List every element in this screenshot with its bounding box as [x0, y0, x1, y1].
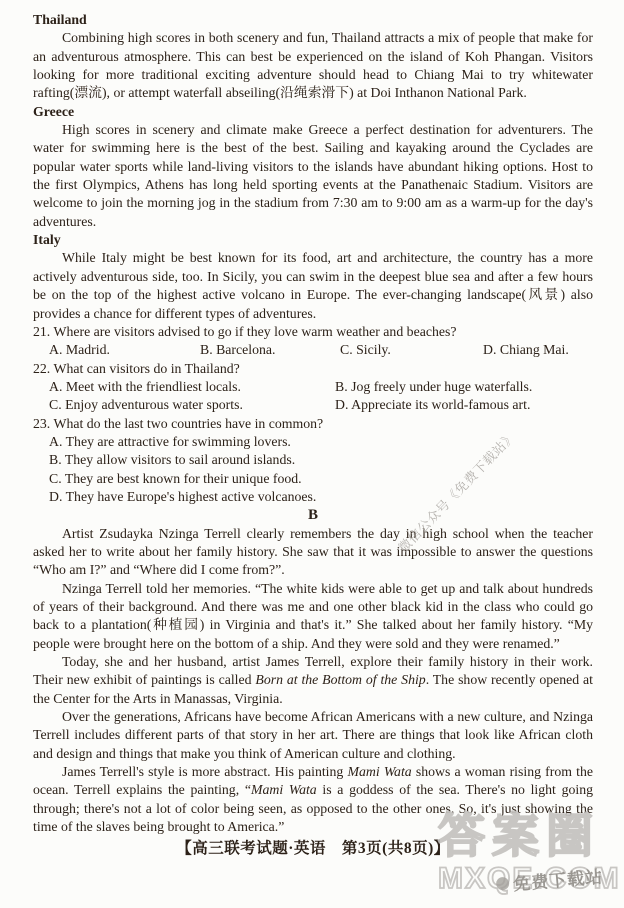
passage-b-paragraph-3: Today, she and her husband, artist James…	[33, 653, 593, 708]
passage-b-label: B	[33, 506, 593, 524]
passage-b-paragraph-1: Artist Zsudayka Nzinga Terrell clearly r…	[33, 525, 593, 580]
paragraph-5-text: James Terrell's style is more abstract. …	[62, 764, 348, 779]
passage-b-paragraph-4: Over the generations, Africans have beco…	[33, 708, 593, 763]
logo-domain-watermark: MXQE.COM	[438, 862, 624, 896]
logo-caption-text: 免费下载站	[512, 862, 604, 895]
question-22-option-d: D. Appreciate its world-famous art.	[335, 396, 593, 414]
question-23: 23. What do the last two countries have …	[33, 415, 593, 507]
question-22-option-a: A. Meet with the friendliest locals.	[49, 378, 335, 396]
exam-page: Thailand Combining high scores in both s…	[0, 0, 624, 908]
question-23-option-b: B. They allow visitors to sail around is…	[49, 451, 593, 469]
question-21-options: A. Madrid. B. Barcelona. C. Sicily. D. C…	[33, 341, 593, 359]
question-21-stem: 21. Where are visitors advised to go if …	[33, 323, 593, 341]
question-23-stem: 23. What do the last two countries have …	[33, 415, 593, 433]
section-text-italy: While Italy might be best known for its …	[33, 249, 593, 322]
section-heading-thailand: Thailand	[33, 11, 593, 29]
exhibit-title-italic: Born at the Bottom of the Ship	[255, 672, 425, 687]
question-22: 22. What can visitors do in Thailand? A.…	[33, 360, 593, 415]
question-21-option-a: A. Madrid.	[49, 341, 200, 359]
question-21-option-b: B. Barcelona.	[200, 341, 340, 359]
question-23-option-c: C. They are best known for their unique …	[49, 470, 593, 488]
passage-b-paragraph-5: James Terrell's style is more abstract. …	[33, 763, 593, 836]
section-thailand: Thailand Combining high scores in both s…	[33, 11, 593, 103]
painting-title-italic: Mami Wata	[347, 764, 411, 779]
section-heading-italy: Italy	[33, 231, 593, 249]
passage-b-paragraph-2: Nzinga Terrell told her memories. “The w…	[33, 580, 593, 653]
question-22-option-b: B. Jog freely under huge waterfalls.	[335, 378, 593, 396]
question-23-options: A. They are attractive for swimming love…	[33, 433, 593, 506]
section-text-thailand: Combining high scores in both scenery an…	[33, 29, 593, 102]
section-heading-greece: Greece	[33, 103, 593, 121]
question-21-option-c: C. Sicily.	[340, 341, 483, 359]
section-greece: Greece High scores in scenery and climat…	[33, 103, 593, 231]
section-italy: Italy While Italy might be best known fo…	[33, 231, 593, 323]
question-22-options: A. Meet with the friendliest locals. B. …	[33, 378, 593, 415]
question-21: 21. Where are visitors advised to go if …	[33, 323, 593, 360]
page-footer: 【高三联考试题·英语 第3页(共8页)】	[33, 840, 593, 858]
question-22-option-c: C. Enjoy adventurous water sports.	[49, 396, 335, 414]
logo-dot-icon	[496, 877, 510, 891]
logo-caption-watermark: 免费下载站	[495, 862, 604, 896]
exam-content: Thailand Combining high scores in both s…	[33, 11, 593, 859]
painting-title-italic-2: Mami Wata	[251, 782, 317, 797]
section-text-greece: High scores in scenery and climate make …	[33, 121, 593, 231]
question-23-option-d: D. They have Europe's highest active vol…	[49, 488, 593, 506]
question-23-option-a: A. They are attractive for swimming love…	[49, 433, 593, 451]
question-22-stem: 22. What can visitors do in Thailand?	[33, 360, 593, 378]
question-21-option-d: D. Chiang Mai.	[483, 341, 569, 359]
